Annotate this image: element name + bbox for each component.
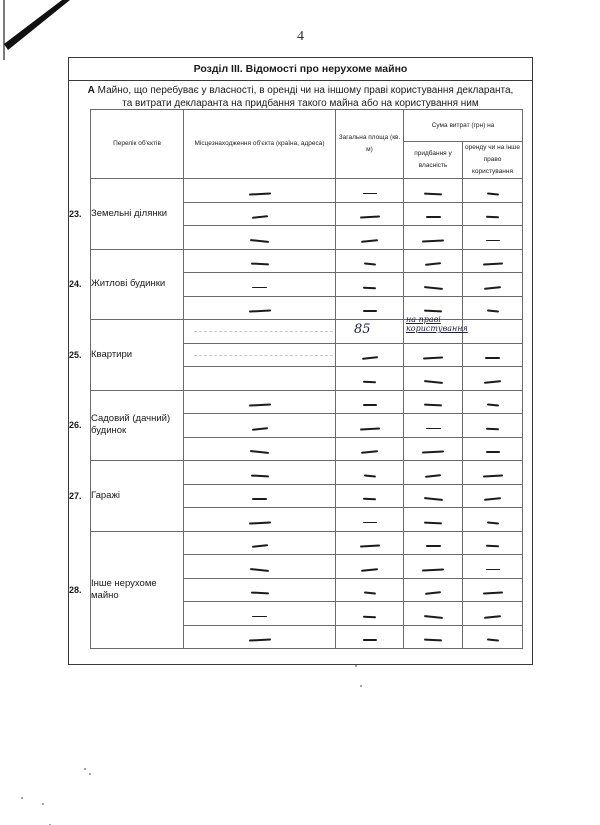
purchase-cell <box>404 202 463 226</box>
group-number: 28. <box>69 584 82 596</box>
purchase-cell <box>404 578 463 602</box>
purchase-cell <box>404 625 463 649</box>
purchase-cell <box>404 484 463 508</box>
dash-mark <box>251 544 267 547</box>
dash-mark <box>250 568 269 571</box>
intro-line-1: А Майно, що перебуває у власності, в оре… <box>69 85 532 98</box>
table-row: 24.Житлові будинки <box>91 249 523 273</box>
object-category-cell: 26.Садовий (дачний) будинок <box>91 390 184 461</box>
area-cell <box>336 555 404 579</box>
dash-mark <box>248 521 270 524</box>
dash-mark <box>361 568 378 571</box>
purchase-cell <box>404 602 463 626</box>
dash-mark <box>251 427 267 430</box>
rent-cell <box>463 484 523 508</box>
rent-cell <box>463 437 523 461</box>
rent-cell <box>463 390 523 414</box>
purchase-cell <box>404 343 463 367</box>
area-cell <box>336 273 404 297</box>
dash-mark <box>484 380 501 383</box>
dash-mark <box>359 427 379 430</box>
purchase-cell <box>404 249 463 273</box>
area-cell <box>336 249 404 273</box>
rent-cell <box>463 625 523 649</box>
location-cell <box>184 484 336 508</box>
location-cell <box>184 367 336 391</box>
location-cell <box>184 414 336 438</box>
rent-cell <box>463 367 523 391</box>
location-cell <box>184 461 336 485</box>
dash-mark <box>250 474 268 476</box>
purchase-cell <box>404 226 463 250</box>
dash-mark <box>250 450 269 453</box>
area-cell <box>336 226 404 250</box>
dash-mark <box>248 192 270 195</box>
section-intro: А Майно, що перебуває у власності, в оре… <box>69 85 532 110</box>
dash-mark <box>250 592 268 594</box>
object-category-cell: 27.Гаражі <box>91 461 184 532</box>
dash-mark <box>423 286 442 289</box>
rent-cell <box>463 179 523 203</box>
dash-mark <box>484 497 501 500</box>
header-expenses: Сума витрат (грн) на <box>404 110 523 142</box>
purchase-cell <box>404 437 463 461</box>
group-number: 24. <box>69 278 82 290</box>
intro-letter: А <box>88 85 95 96</box>
purchase-cell <box>404 179 463 203</box>
rent-cell <box>463 531 523 555</box>
location-cell <box>184 390 336 414</box>
area-cell <box>336 625 404 649</box>
dash-mark <box>252 287 267 289</box>
dash-mark <box>361 239 378 242</box>
dash-mark <box>251 215 267 218</box>
redacted-address <box>194 331 333 332</box>
purchase-cell <box>404 531 463 555</box>
area-cell <box>336 484 404 508</box>
location-cell <box>184 296 336 320</box>
dash-mark <box>424 521 442 523</box>
scan-speck <box>42 803 44 805</box>
group-label: Гаражі <box>91 490 171 502</box>
purchase-cell <box>404 367 463 391</box>
dash-mark <box>252 616 267 618</box>
location-cell <box>184 508 336 532</box>
dash-mark <box>482 474 502 477</box>
group-number: 26. <box>69 419 82 431</box>
dash-mark <box>484 615 501 618</box>
scan-speck <box>89 773 91 775</box>
table-row: 26.Садовий (дачний) будинок <box>91 390 523 414</box>
location-cell <box>184 343 336 367</box>
dash-mark <box>486 404 498 407</box>
header-location: Місцезнаходження об'єкта (країна, адреса… <box>184 110 336 179</box>
dash-mark <box>425 591 441 594</box>
scan-speck <box>84 768 86 770</box>
dash-mark <box>426 428 441 430</box>
area-cell <box>336 508 404 532</box>
rent-cell <box>463 226 523 250</box>
table-row: 28.Інше нерухоме майно <box>91 531 523 555</box>
purchase-cell <box>404 414 463 438</box>
dash-mark <box>248 404 270 407</box>
dash-mark <box>363 404 377 406</box>
dash-mark <box>361 450 378 453</box>
area-cell <box>336 461 404 485</box>
header-rent: оренду чи на інше право користування <box>463 142 523 179</box>
dash-mark <box>363 286 376 288</box>
dash-mark <box>423 497 442 500</box>
purchase-cell <box>404 555 463 579</box>
dash-mark <box>486 545 499 547</box>
section-title: Розділ III. Відомості про нерухоме майно <box>69 58 532 81</box>
dash-mark <box>425 474 441 477</box>
dash-mark <box>363 193 377 195</box>
staple-mark-icon <box>0 0 70 60</box>
location-cell <box>184 625 336 649</box>
area-cell <box>336 578 404 602</box>
area-cell <box>336 179 404 203</box>
location-cell <box>184 437 336 461</box>
location-cell <box>184 555 336 579</box>
object-category-cell: 24.Житлові будинки <box>91 249 184 320</box>
dash-mark <box>361 356 377 359</box>
header-area: Загальна площа (кв. м) <box>336 110 404 179</box>
area-cell: 85 <box>336 320 404 344</box>
scan-speck <box>21 797 23 799</box>
dash-mark <box>363 522 377 524</box>
dash-mark <box>426 545 441 547</box>
dash-mark <box>363 639 377 641</box>
table-row: 25.Квартири85на праві користування <box>91 320 523 344</box>
purchase-cell: на праві користування <box>404 320 463 344</box>
handwritten-area: 85 <box>354 322 371 337</box>
dash-mark <box>482 263 502 266</box>
rent-cell <box>463 414 523 438</box>
dash-mark <box>252 498 267 500</box>
header-objects: Перелік об'єктів <box>91 110 184 179</box>
intro-text-1: Майно, що перебуває у власності, в оренд… <box>98 85 514 96</box>
rent-cell <box>463 602 523 626</box>
header-purchase: придбання у власність <box>404 142 463 179</box>
location-cell <box>184 226 336 250</box>
dash-mark <box>426 216 441 218</box>
dash-mark <box>248 310 270 313</box>
dash-mark <box>359 545 379 548</box>
rent-cell <box>463 508 523 532</box>
rent-cell <box>463 296 523 320</box>
dash-mark <box>486 521 498 524</box>
dash-mark <box>363 592 375 595</box>
rent-cell <box>463 249 523 273</box>
page-number: 4 <box>297 29 304 45</box>
dash-mark <box>424 639 442 641</box>
dash-mark <box>486 569 500 571</box>
scan-speck <box>355 665 357 667</box>
rent-cell <box>463 202 523 226</box>
dash-mark <box>250 263 268 265</box>
scan-speck <box>360 685 362 687</box>
object-category-cell: 25.Квартири <box>91 320 184 391</box>
rent-cell <box>463 578 523 602</box>
dash-mark <box>486 240 500 242</box>
area-cell <box>336 602 404 626</box>
location-cell <box>184 531 336 555</box>
redacted-address <box>194 355 333 356</box>
group-label: Земельні ділянки <box>91 208 171 220</box>
purchase-cell <box>404 390 463 414</box>
dash-mark <box>423 357 443 360</box>
rent-cell <box>463 273 523 297</box>
table-row: 27.Гаражі <box>91 461 523 485</box>
real-estate-table: Перелік об'єктів Місцезнаходження об'єкт… <box>90 109 523 649</box>
dash-mark <box>363 263 375 266</box>
dash-mark <box>248 639 270 642</box>
area-cell <box>336 414 404 438</box>
dash-mark <box>423 615 442 618</box>
dash-mark <box>422 451 444 454</box>
location-cell <box>184 273 336 297</box>
dash-mark <box>250 239 269 242</box>
handwritten-note: на праві користування <box>406 315 468 333</box>
group-number: 23. <box>69 208 82 220</box>
rent-cell <box>463 320 523 344</box>
purchase-cell <box>404 273 463 297</box>
dash-mark <box>486 216 499 218</box>
area-cell <box>336 390 404 414</box>
dash-mark <box>359 216 379 219</box>
rent-cell <box>463 343 523 367</box>
dash-mark <box>363 310 377 312</box>
dash-mark <box>424 192 442 194</box>
group-number: 27. <box>69 490 82 502</box>
rent-cell <box>463 555 523 579</box>
group-number: 25. <box>69 349 82 361</box>
area-cell <box>336 437 404 461</box>
group-label: Інше нерухоме майно <box>91 578 171 602</box>
area-cell <box>336 202 404 226</box>
dash-mark <box>486 192 498 195</box>
purchase-cell <box>404 461 463 485</box>
location-cell <box>184 249 336 273</box>
dash-mark <box>485 357 500 359</box>
area-cell <box>336 343 404 367</box>
dash-mark <box>425 262 441 265</box>
dash-mark <box>363 380 376 382</box>
dash-mark <box>363 474 375 477</box>
area-cell <box>336 367 404 391</box>
purchase-cell <box>404 508 463 532</box>
dash-mark <box>482 592 502 595</box>
area-cell <box>336 531 404 555</box>
table-body: 23.Земельні ділянки24.Житлові будинки25.… <box>91 179 523 649</box>
dash-mark <box>484 286 501 289</box>
dash-mark <box>424 404 442 406</box>
rent-cell <box>463 461 523 485</box>
group-label: Житлові будинки <box>91 278 171 290</box>
location-cell <box>184 320 336 344</box>
location-cell <box>184 179 336 203</box>
object-category-cell: 23.Земельні ділянки <box>91 179 184 250</box>
section-frame: Розділ III. Відомості про нерухоме майно… <box>68 57 533 665</box>
object-category-cell: 28.Інше нерухоме майно <box>91 531 184 649</box>
dash-mark <box>486 451 500 453</box>
dash-mark <box>424 310 442 312</box>
dash-mark <box>423 380 442 383</box>
dash-mark <box>422 568 444 571</box>
table-row: 23.Земельні ділянки <box>91 179 523 203</box>
location-cell <box>184 202 336 226</box>
dash-mark <box>422 239 444 242</box>
area-cell <box>336 296 404 320</box>
group-label: Садовий (дачний) будинок <box>91 413 171 437</box>
group-label: Квартири <box>91 349 171 361</box>
location-cell <box>184 602 336 626</box>
dash-mark <box>486 639 498 642</box>
dash-mark <box>363 498 376 500</box>
dash-mark <box>363 615 376 617</box>
dash-mark <box>486 310 498 313</box>
dash-mark <box>486 427 499 429</box>
location-cell <box>184 578 336 602</box>
